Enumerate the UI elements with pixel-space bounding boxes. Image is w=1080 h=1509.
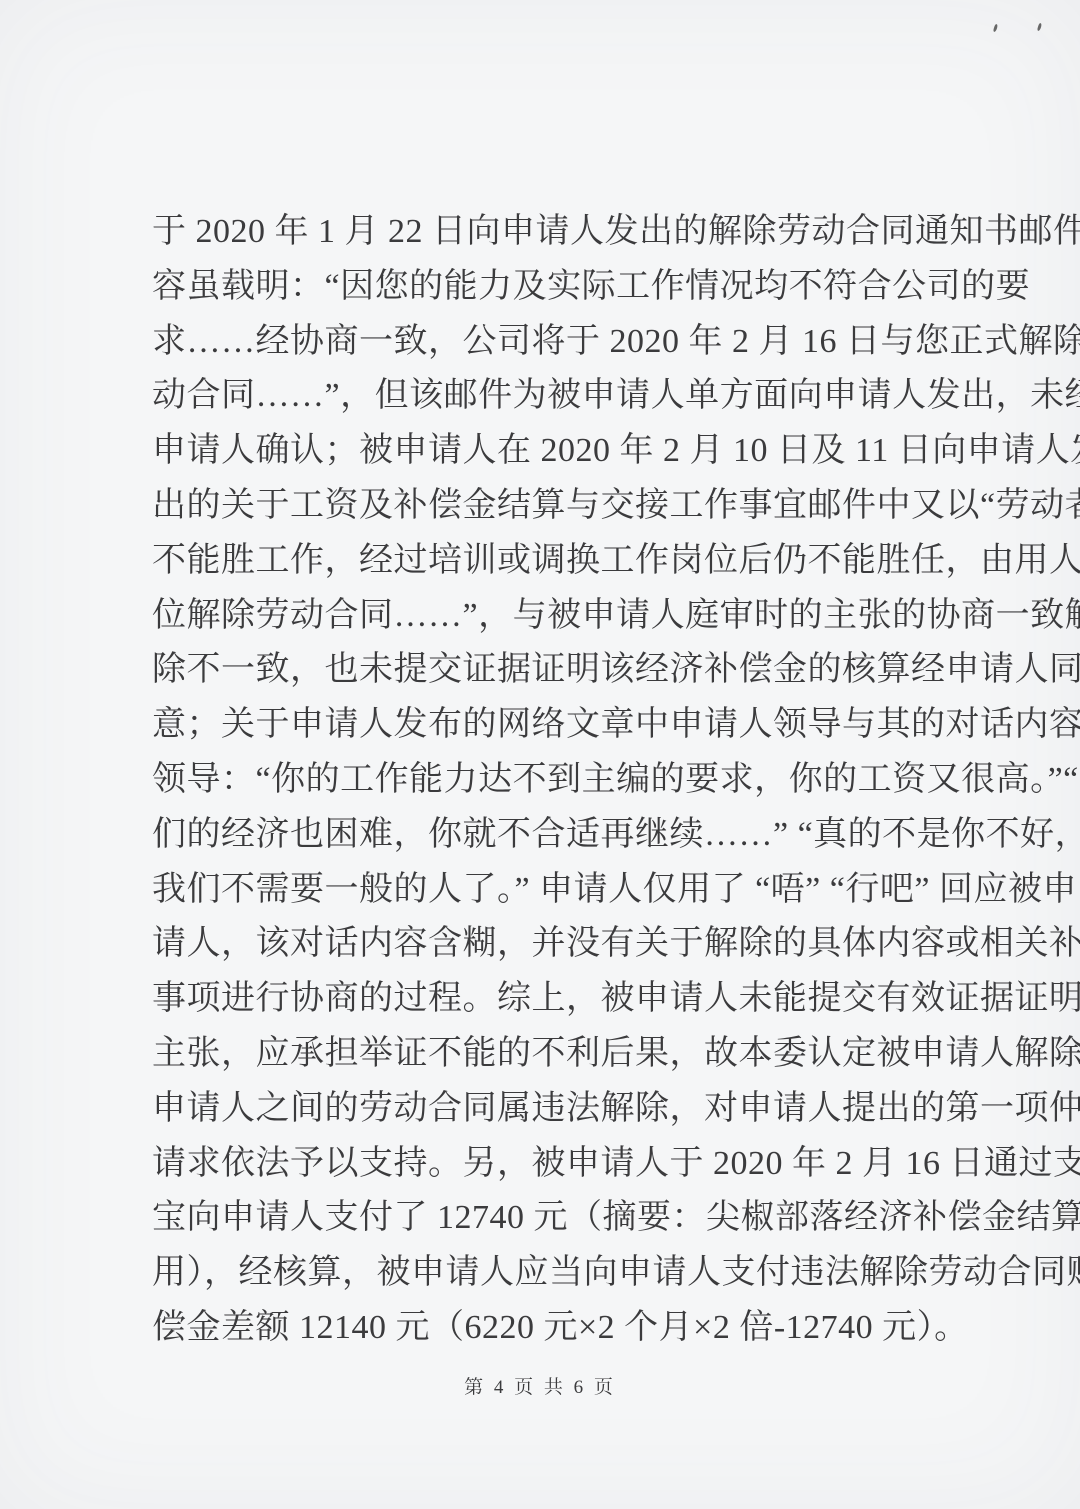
body-line: 意；关于申请人发布的网络文章中申请人领导与其的对话内容， — [152, 698, 935, 753]
body-line: 宝向申请人支付了 12740 元（摘要：尖椒部落经济补偿金结算费 — [152, 1191, 935, 1246]
body-line: 主张，应承担举证不能的不利后果，故本委认定被申请人解除与 — [152, 1027, 935, 1082]
body-line: 我们不需要一般的人了。” 申请人仅用了 “唔” “行吧” 回应被申 — [152, 863, 935, 918]
body-line: 用），经核算，被申请人应当向申请人支付违法解除劳动合同赔 — [152, 1246, 935, 1301]
document-page: 于 2020 年 1 月 22 日向申请人发出的解除劳动合同通知书邮件内 容虽载… — [0, 0, 1080, 1509]
body-line: 领导：“你的工作能力达不到主编的要求，你的工资又很高。”“我 — [152, 753, 935, 808]
body-line: 们的经济也困难，你就不合适再继续……” “真的不是你不好， — [152, 808, 935, 863]
scan-speck-icon — [1037, 23, 1042, 32]
body-line: 容虽载明：“因您的能力及实际工作情况均不符合公司的要 — [152, 260, 935, 315]
body-line: 不能胜工作，经过培训或调换工作岗位后仍不能胜任，由用人单 — [152, 534, 935, 589]
body-line: 请求依法予以支持。另，被申请人于 2020 年 2 月 16 日通过支付 — [152, 1137, 935, 1192]
document-body: 于 2020 年 1 月 22 日向申请人发出的解除劳动合同通知书邮件内 容虽载… — [152, 205, 935, 1356]
body-line: 于 2020 年 1 月 22 日向申请人发出的解除劳动合同通知书邮件内 — [152, 205, 935, 260]
body-line: 请人，该对话内容含糊，并没有关于解除的具体内容或相关补偿 — [152, 917, 935, 972]
body-line: 位解除劳动合同……”，与被申请人庭审时的主张的协商一致解 — [152, 589, 935, 644]
body-line: 除不一致，也未提交证据证明该经济补偿金的核算经申请人同 — [152, 643, 935, 698]
body-line: 出的关于工资及补偿金结算与交接工作事宜邮件中又以“劳动者 — [152, 479, 935, 534]
body-line: 事项进行协商的过程。综上，被申请人未能提交有效证据证明其 — [152, 972, 935, 1027]
body-line: 求……经协商一致，公司将于 2020 年 2 月 16 日与您正式解除劳 — [152, 315, 935, 370]
body-line: 偿金差额 12140 元（6220 元×2 个月×2 倍-12740 元）。 — [152, 1301, 935, 1356]
body-line: 申请人之间的劳动合同属违法解除，对申请人提出的第一项仲裁 — [152, 1082, 935, 1137]
scan-speck-icon — [993, 24, 998, 33]
body-line: 申请人确认；被申请人在 2020 年 2 月 10 日及 11 日向申请人发 — [152, 424, 935, 479]
page-number: 第 4 页 共 6 页 — [0, 1372, 1080, 1399]
body-line: 动合同……”，但该邮件为被申请人单方面向申请人发出，未经 — [152, 369, 935, 424]
